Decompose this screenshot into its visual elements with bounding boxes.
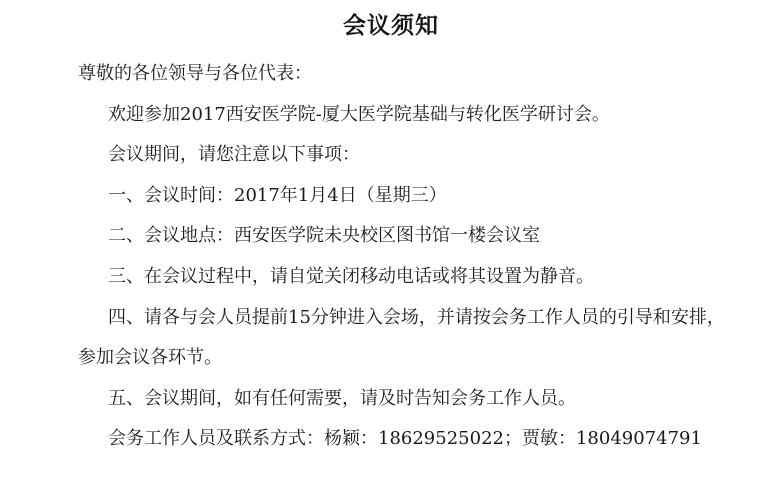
notice-intro-line: 会议期间，请您注意以下事项：	[78, 135, 704, 176]
item-4-continuation: 参加会议各环节。	[78, 338, 704, 379]
document-page: 会议须知 尊敬的各位领导与各位代表： 欢迎参加2017西安医学院-厦大医学院基础…	[0, 0, 780, 491]
item-3-phone-silent: 三、在会议过程中，请自觉关闭移动电话或将其设置为静音。	[78, 257, 704, 298]
salutation-line: 尊敬的各位领导与各位代表：	[78, 54, 704, 95]
item-4-arrival: 四、请各与会人员提前15分钟进入会场，并请按会务工作人员的引导和安排，	[78, 298, 704, 339]
contact-line: 会务工作人员及联系方式：杨颖：18629525022；贾敏：1804907479…	[78, 419, 704, 460]
document-title: 会议须知	[78, 10, 704, 42]
document-body: 尊敬的各位领导与各位代表： 欢迎参加2017西安医学院-厦大医学院基础与转化医学…	[78, 54, 704, 460]
welcome-line: 欢迎参加2017西安医学院-厦大医学院基础与转化医学研讨会。	[78, 95, 704, 136]
item-5-assistance: 五、会议期间，如有任何需要，请及时告知会务工作人员。	[78, 379, 704, 420]
item-2-meeting-location: 二、会议地点：西安医学院未央校区图书馆一楼会议室	[78, 216, 704, 257]
item-1-meeting-time: 一、会议时间：2017年1月4日（星期三）	[78, 176, 704, 217]
